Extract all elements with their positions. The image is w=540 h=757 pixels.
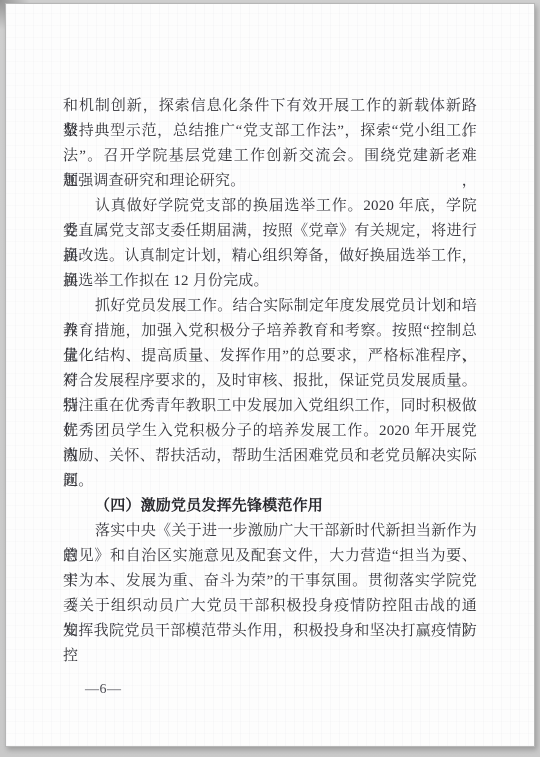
document-text: 和机制创新，探索信息化条件下有效开展工作的新载体新路数。坚持典型示范，总结推广“… bbox=[63, 94, 477, 644]
text-line: 发挥我院党员干部模范带头作用，积极投身和坚决打赢疫情防控 bbox=[63, 619, 477, 644]
text-line: 符合发展程序要求的，及时审核、报批，保证党员发展质量。特 bbox=[63, 369, 477, 394]
text-line: 优化结构、提高质量、发挥作用”的总要求，严格标准程序，对 bbox=[63, 344, 477, 369]
text-line: 法”。召开学院基层党建工作创新交流会。围绕党建新老难题， bbox=[63, 144, 477, 169]
text-line: 委直属党支部支委任期届满，按照《党章》有关规定，将进行换 bbox=[63, 219, 477, 244]
page-number: —6— bbox=[85, 681, 122, 699]
text-line: 教育措施，加强入党积极分子培养教育和考察。按照“控制总量、 bbox=[63, 319, 477, 344]
text-line: 和机制创新，探索信息化条件下有效开展工作的新载体新路数。 bbox=[63, 94, 477, 119]
text-line: 别注重在优秀青年教职工中发展加入党组织工作，同时积极做好 bbox=[63, 394, 477, 419]
text-line: 届改选。认真制定计划，精心组织筹备，做好换届选举工作，换 bbox=[63, 244, 477, 269]
text-line: 认真做好学院党支部的换届选举工作。2020 年底，学院党 bbox=[63, 194, 477, 219]
text-line: 坚持典型示范，总结推广“党支部工作法”，探索“党小组工作 bbox=[63, 119, 477, 144]
text-line: 优秀团员学生入党积极分子的培养发展工作。2020 年开展党内 bbox=[63, 419, 477, 444]
text-line: 意见》和自治区实施意见及配套文件，大力营造“担当为要、实 bbox=[63, 544, 477, 569]
text-line: 抓好党员发展工作。结合实际制定年度发展党员计划和培养 bbox=[63, 294, 477, 319]
text-line: 届选举工作拟在 12 月份完成。 bbox=[63, 269, 477, 294]
text-line: 落实中央《关于进一步激励广大干部新时代新担当新作为的 bbox=[63, 519, 477, 544]
text-line: 题。 bbox=[63, 469, 477, 494]
text-line: 干为本、发展为重、奋斗为荣”的干事氛围。贯彻落实学院党委 bbox=[63, 569, 477, 594]
text-line: 激励、关怀、帮扶活动，帮助生活困难党员和老党员解决实际问 bbox=[63, 444, 477, 469]
section-heading: （四）激励党员发挥先锋模范作用 bbox=[63, 494, 477, 519]
text-line: 《关于组织动员广大党员干部积极投身疫情防控阻击战的通知》 bbox=[63, 594, 477, 619]
scan-backdrop: { "window": { "page_number": "—6—" }, "c… bbox=[0, 0, 540, 757]
document-page: 和机制创新，探索信息化条件下有效开展工作的新载体新路数。坚持典型示范，总结推广“… bbox=[5, 3, 535, 747]
